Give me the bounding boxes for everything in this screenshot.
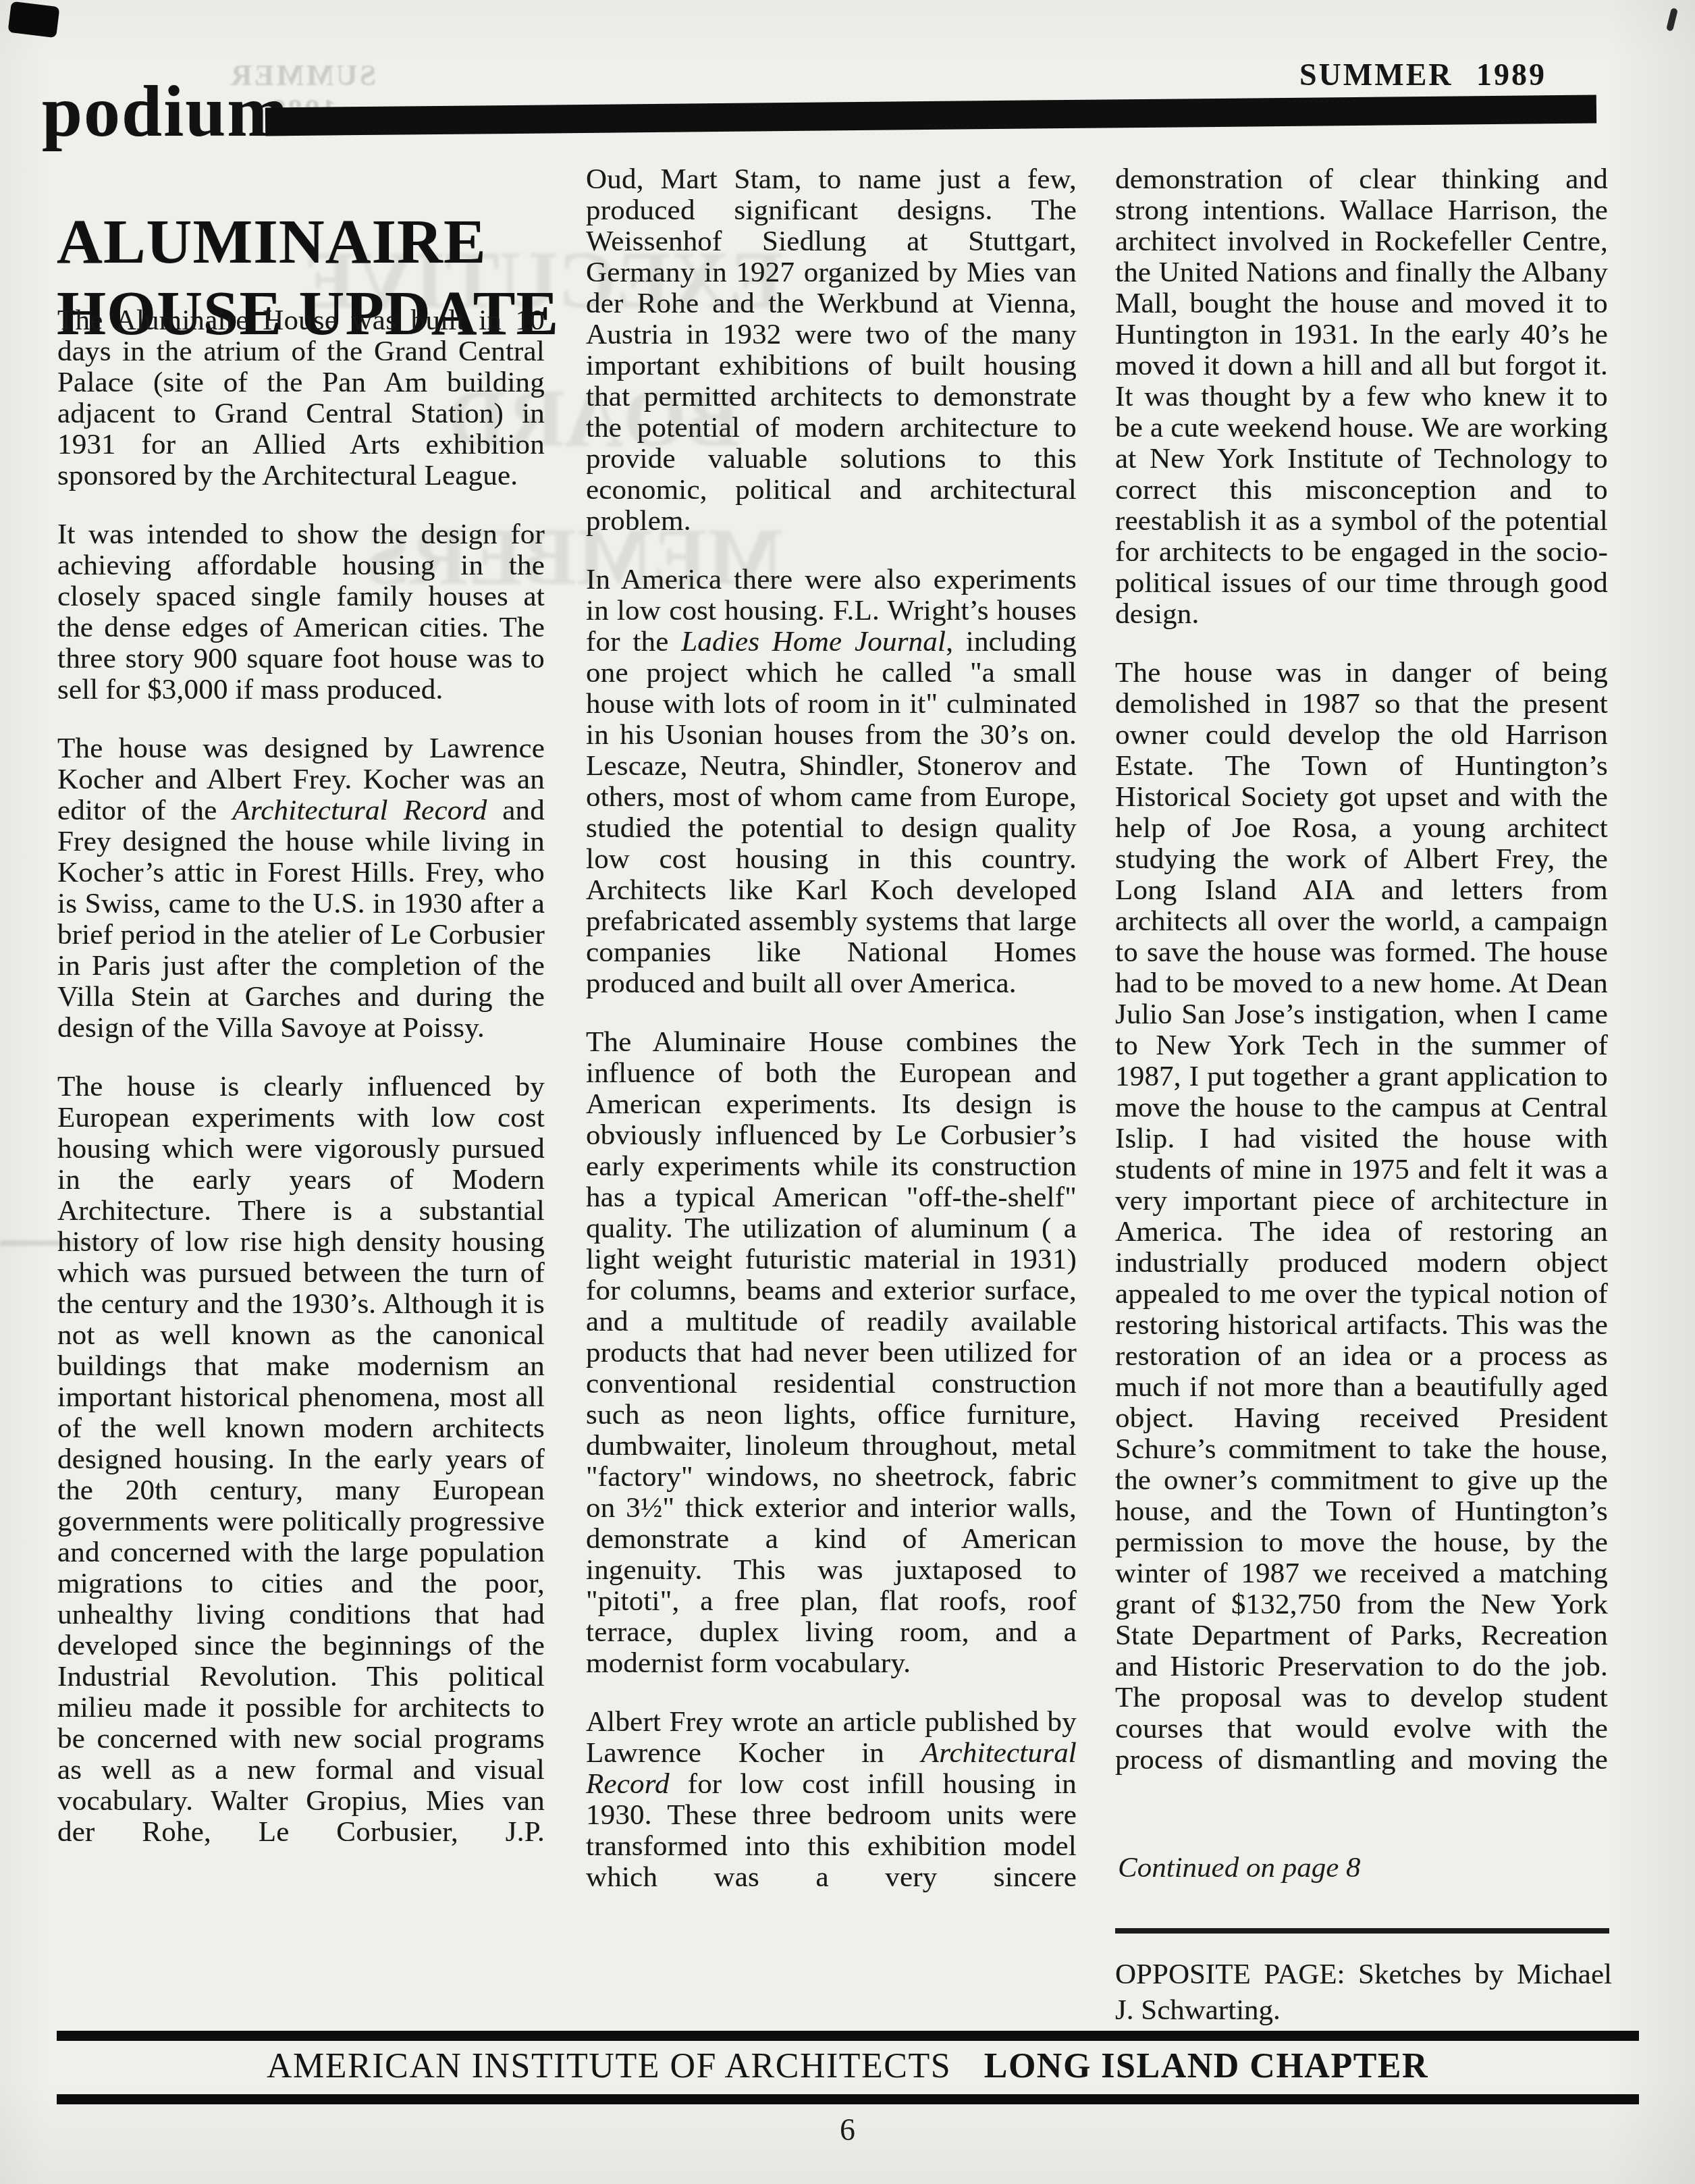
column-divider-rule xyxy=(1115,1928,1609,1934)
paragraph: The Aluminaire House combines the influe… xyxy=(586,1027,1077,1679)
text-run: demonstration of clear thinking and stro… xyxy=(1115,163,1608,630)
scanned-newsletter-page: { "publication": { "masthead": "podium",… xyxy=(0,0,1695,2184)
continued-note: Continued on page 8 xyxy=(1118,1851,1361,1884)
italic-text-run: Ladies Home Journal xyxy=(681,626,946,658)
paragraph: The house was designed by Lawrence Koche… xyxy=(57,733,545,1044)
italic-text-run: Architectural Record xyxy=(232,795,487,826)
paragraph: demonstration of clear thinking and stro… xyxy=(1115,164,1608,630)
text-column-2: Oud, Mart Stam, to name just a few, prod… xyxy=(586,164,1077,1921)
paragraph: Oud, Mart Stam, to name just a few, prod… xyxy=(586,164,1077,537)
text-column-1: The Aluminaire House was built in 10 day… xyxy=(57,305,545,1875)
text-column-3: demonstration of clear thinking and stro… xyxy=(1115,164,1608,1803)
text-run: The Aluminaire House was built in 10 day… xyxy=(57,304,545,491)
text-run: , including one project which he called … xyxy=(586,626,1077,999)
paragraph: It was intended to show the design for a… xyxy=(57,519,545,705)
footer-banner: AMERICAN INSTITUTE OF ARCHITECTS LONG IS… xyxy=(0,2046,1695,2086)
text-run: The Aluminaire House combines the influe… xyxy=(586,1026,1077,1679)
masthead-wordmark: podium xyxy=(42,76,289,149)
footer-rule-top xyxy=(57,2031,1639,2041)
paragraph: The house was in danger of being demolis… xyxy=(1115,658,1608,1776)
text-run: The house is clearly influenced by Europ… xyxy=(57,1071,545,1848)
text-run: Oud, Mart Stam, to name just a few, prod… xyxy=(586,163,1077,537)
paragraph: Albert Frey wrote an article published b… xyxy=(586,1707,1077,1893)
text-run: The house was in danger of being demolis… xyxy=(1115,657,1608,1776)
article-title-line1: ALUMINAIRE xyxy=(57,206,559,277)
paragraph: In America there were also experiments i… xyxy=(586,564,1077,999)
opposite-page-note: OPPOSITE PAGE: Sketches by Michael J. Sc… xyxy=(1115,1956,1612,2028)
paragraph: The house is clearly influenced by Europ… xyxy=(57,1071,545,1848)
scan-artifact-corner-mark xyxy=(7,1,59,38)
masthead-rule xyxy=(265,95,1596,136)
footer-chapter: LONG ISLAND CHAPTER xyxy=(984,2047,1428,2085)
page-number: 6 xyxy=(0,2112,1695,2148)
text-run: and Frey designed the house while living… xyxy=(57,795,545,1044)
footer-rule-bottom xyxy=(57,2094,1639,2104)
text-run: It was intended to show the design for a… xyxy=(57,518,545,705)
paragraph: The Aluminaire House was built in 10 day… xyxy=(57,305,545,491)
issue-date: SUMMER 1989 xyxy=(1299,57,1546,92)
footer-organization: AMERICAN INSTITUTE OF ARCHITECTS xyxy=(267,2047,951,2085)
scan-artifact-tick xyxy=(1666,7,1678,31)
